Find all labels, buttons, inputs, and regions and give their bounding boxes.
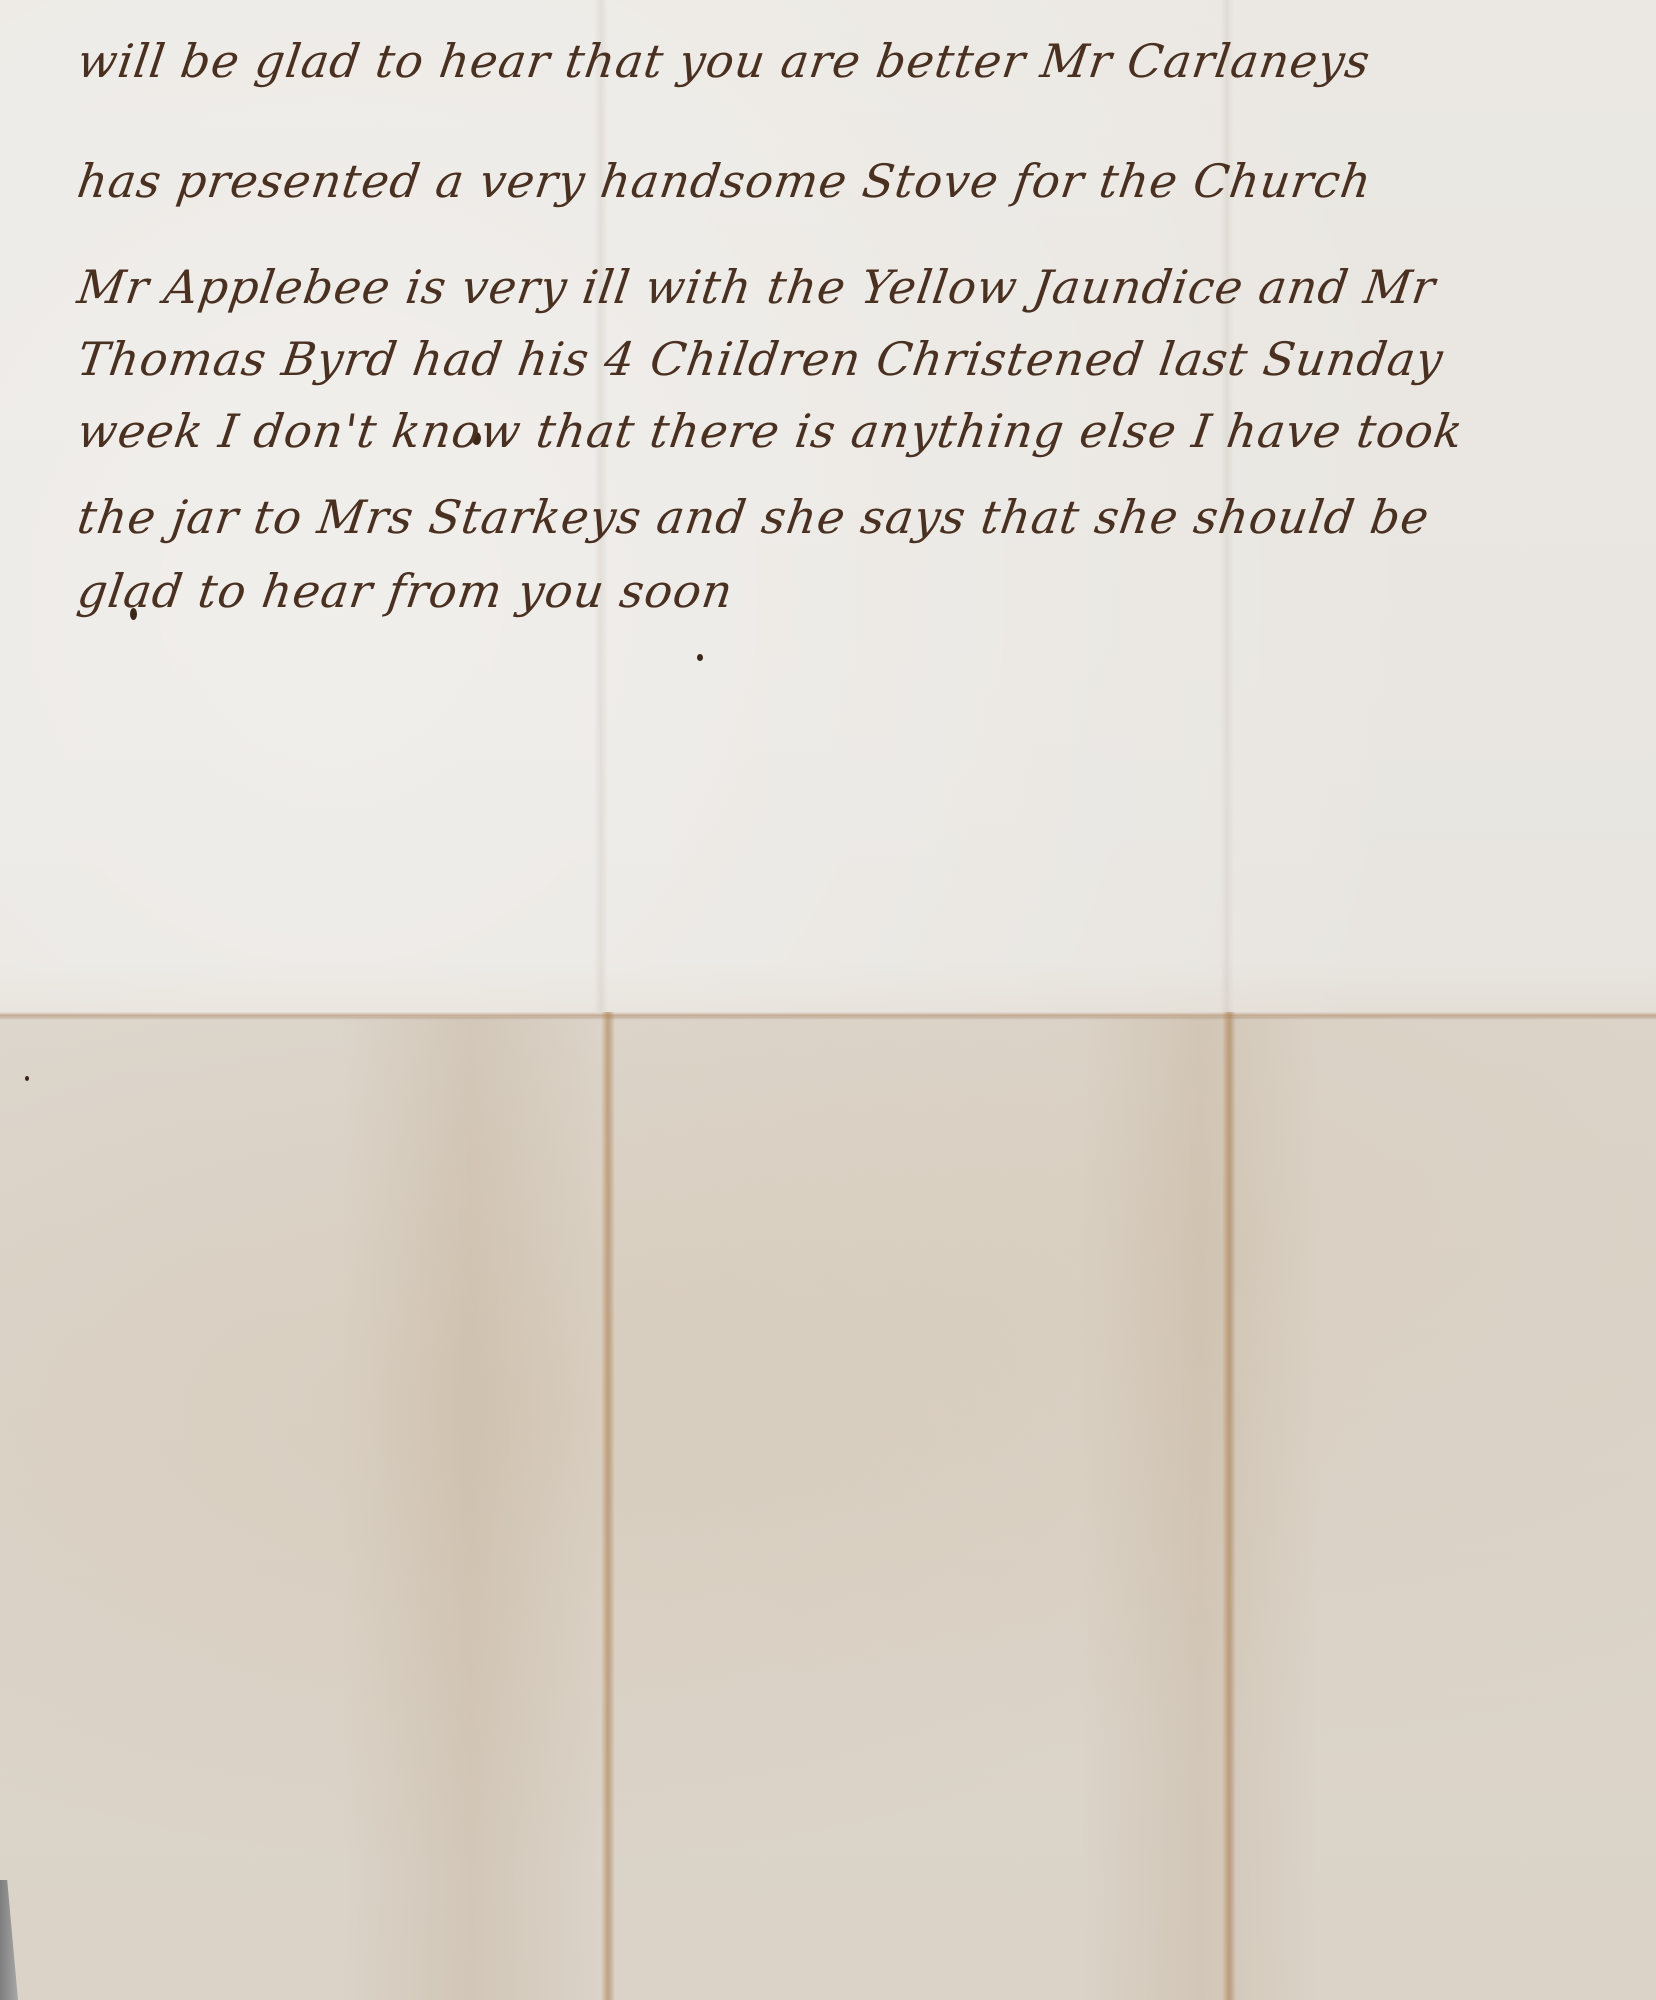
lower-folded-panel: [0, 1017, 1656, 2000]
letter-line: Thomas Byrd had his 4 Children Christene…: [74, 332, 1447, 386]
letter-page: will be glad to hear that you are better…: [0, 0, 1656, 2000]
letter-line: has presented a very handsome Stove for …: [74, 154, 1375, 208]
stain: [1080, 1017, 1320, 2000]
vertical-fold-line: [1222, 1012, 1236, 2000]
letter-line: glad to hear from you soon: [74, 564, 736, 618]
letter-line: week I don't know that there is anything…: [74, 404, 1467, 458]
stain: [340, 1017, 600, 2000]
vertical-fold-line: [601, 1012, 615, 2000]
letter-line: will be glad to hear that you are better…: [74, 34, 1374, 88]
letter-line: the jar to Mrs Starkeys and she says tha…: [74, 490, 1433, 544]
letter-line: Mr Applebee is very ill with the Yellow …: [74, 260, 1439, 314]
ink-blot: [25, 1076, 29, 1081]
ink-blot: [697, 654, 703, 661]
horizontal-fold-line: [0, 1012, 1656, 1020]
